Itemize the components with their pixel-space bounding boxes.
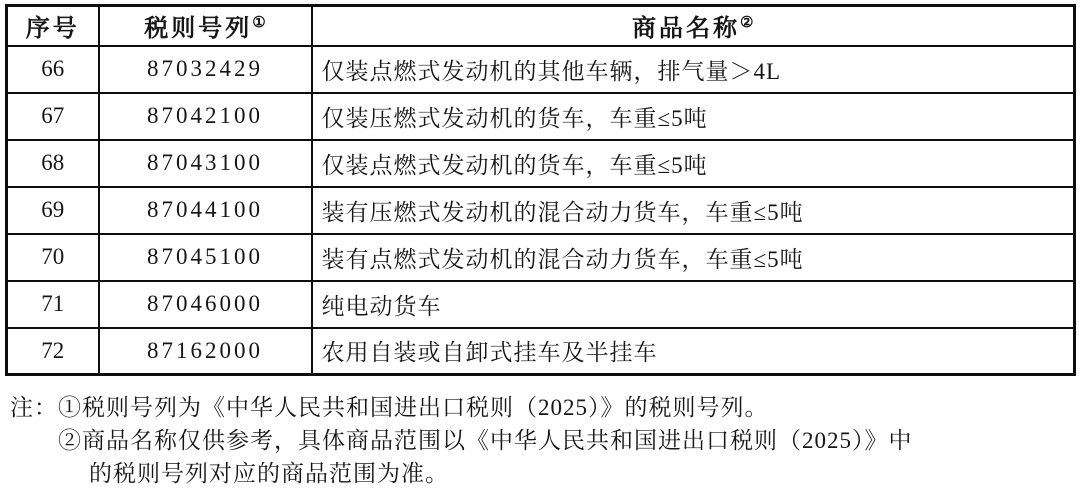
code-cell: 87044100: [99, 187, 312, 234]
footnote-prefix: 注：: [10, 391, 58, 490]
code-cell: 87032429: [99, 46, 312, 93]
table-row: 6987044100装有压燃式发动机的混合动力货车，车重≤5吨: [7, 187, 1075, 234]
serial-cell: 67: [7, 93, 99, 140]
document-page: 序号 税则号列① 商品名称② 6687032429仅装点燃式发动机的其他车辆，排…: [0, 0, 1080, 501]
footnote-2-line-1: ②商品名称仅供参考，具体商品范围以《中华人民共和国进出口税则（2025）》中: [58, 424, 1072, 457]
table-row: 7187046000纯电动货车: [7, 281, 1075, 328]
name-cell: 装有点燃式发动机的混合动力货车，车重≤5吨: [312, 234, 1075, 281]
name-cell: 仅装点燃式发动机的其他车辆，排气量＞4L: [312, 46, 1075, 93]
serial-cell: 70: [7, 234, 99, 281]
table-row: 7087045100装有点燃式发动机的混合动力货车，车重≤5吨: [7, 234, 1075, 281]
footnote-2-line-2: 的税则号列对应的商品范围为准。: [58, 457, 1072, 490]
name-cell: 装有压燃式发动机的混合动力货车，车重≤5吨: [312, 187, 1075, 234]
serial-cell: 72: [7, 328, 99, 375]
code-cell: 87162000: [99, 328, 312, 375]
col-header-serial: 序号: [7, 6, 99, 46]
tariff-table: 序号 税则号列① 商品名称② 6687032429仅装点燃式发动机的其他车辆，排…: [5, 4, 1076, 376]
name-cell: 农用自装或自卸式挂车及半挂车: [312, 328, 1075, 375]
code-cell: 87042100: [99, 93, 312, 140]
table-body: 6687032429仅装点燃式发动机的其他车辆，排气量＞4L6787042100…: [7, 46, 1075, 375]
col-header-tariff-code-label: 税则号列: [144, 16, 252, 42]
col-header-product-name-label: 商品名称: [632, 16, 740, 42]
serial-cell: 68: [7, 140, 99, 187]
table-header: 序号 税则号列① 商品名称②: [7, 6, 1075, 46]
footnote-lines: ①税则号列为《中华人民共和国进出口税则（2025）》的税则号列。 ②商品名称仅供…: [58, 391, 1072, 490]
serial-cell: 66: [7, 46, 99, 93]
table-row: 6687032429仅装点燃式发动机的其他车辆，排气量＞4L: [7, 46, 1075, 93]
footnotes: 注： ①税则号列为《中华人民共和国进出口税则（2025）》的税则号列。 ②商品名…: [10, 391, 1072, 490]
table-row: 6887043100仅装点燃式发动机的货车，车重≤5吨: [7, 140, 1075, 187]
name-cell: 仅装点燃式发动机的货车，车重≤5吨: [312, 140, 1075, 187]
code-cell: 87045100: [99, 234, 312, 281]
serial-cell: 71: [7, 281, 99, 328]
table-row: 7287162000农用自装或自卸式挂车及半挂车: [7, 328, 1075, 375]
col-header-tariff-code: 税则号列①: [99, 6, 312, 46]
name-cell: 纯电动货车: [312, 281, 1075, 328]
code-cell: 87043100: [99, 140, 312, 187]
col-header-tariff-code-sup: ①: [252, 15, 265, 31]
serial-cell: 69: [7, 187, 99, 234]
name-cell: 仅装压燃式发动机的货车，车重≤5吨: [312, 93, 1075, 140]
col-header-product-name: 商品名称②: [312, 6, 1075, 46]
col-header-product-name-sup: ②: [740, 15, 753, 31]
code-cell: 87046000: [99, 281, 312, 328]
table-row: 6787042100仅装压燃式发动机的货车，车重≤5吨: [7, 93, 1075, 140]
footnote-1: ①税则号列为《中华人民共和国进出口税则（2025）》的税则号列。: [58, 391, 1072, 424]
header-row: 序号 税则号列① 商品名称②: [7, 6, 1075, 46]
col-header-serial-label: 序号: [26, 16, 80, 42]
